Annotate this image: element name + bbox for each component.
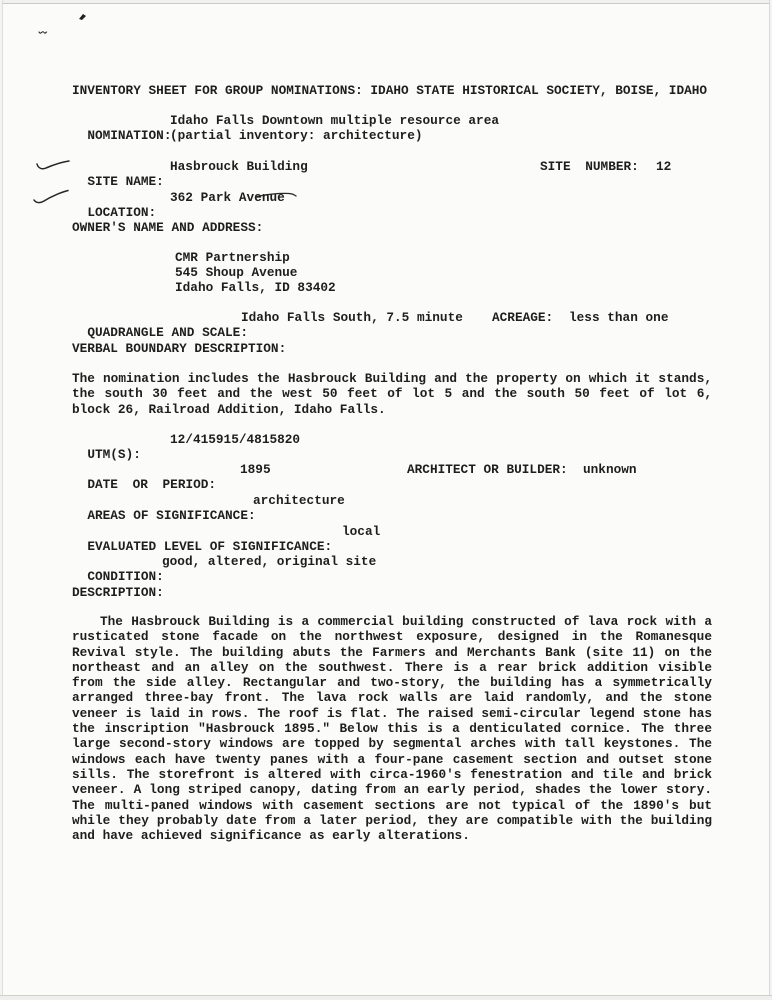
owner-line: Idaho Falls, ID 83402: [175, 280, 336, 295]
field-nomination: NOMINATION: Idaho Falls Downtown multipl…: [72, 113, 171, 159]
ink-speck-icon: [38, 29, 48, 36]
condition-label: CONDITION:: [87, 569, 164, 584]
owner-line: 545 Shoup Avenue: [175, 265, 297, 280]
architect-label: ARCHITECT OR BUILDER:: [407, 462, 568, 477]
verbal-boundary-text: The nomination includes the Hasbrouck Bu…: [72, 371, 712, 417]
handwritten-check-icon: [32, 188, 70, 205]
acreage-label: ACREAGE:: [492, 310, 553, 325]
quadrangle-value: Idaho Falls South, 7.5 minute: [241, 310, 463, 325]
evaluated-level-value: local: [342, 524, 380, 539]
nomination-label: NOMINATION:: [87, 128, 171, 143]
areas-of-significance-label: AREAS OF SIGNIFICANCE:: [87, 508, 255, 523]
owner-line: CMR Partnership: [175, 250, 290, 265]
scan-edge-left: [0, 0, 3, 1000]
evaluated-level-label: EVALUATED LEVEL OF SIGNIFICANCE:: [87, 539, 332, 554]
architect-value: unknown: [583, 462, 637, 477]
description-text: The Hasbrouck Building is a commercial b…: [72, 614, 712, 843]
site-number-label: SITE NUMBER:: [540, 159, 639, 174]
strike-mark-icon: [255, 190, 297, 200]
handwritten-check-icon: [35, 157, 71, 173]
document-header: INVENTORY SHEET FOR GROUP NOMINATIONS: I…: [72, 83, 707, 98]
condition-value: good, altered, original site: [162, 554, 376, 569]
date-or-period-label: DATE OR PERIOD:: [87, 477, 216, 492]
scan-edge-top: [0, 0, 772, 4]
site-name-label: SITE NAME:: [87, 174, 164, 189]
location-label: LOCATION:: [87, 205, 156, 220]
ink-speck-icon: [77, 13, 87, 22]
description-label: DESCRIPTION:: [72, 585, 164, 600]
scan-edge-bottom: [0, 995, 772, 1000]
areas-of-significance-value: architecture: [253, 493, 345, 508]
quadrangle-label: QUADRANGLE AND SCALE:: [87, 325, 248, 340]
nomination-value: Idaho Falls Downtown multiple resource a…: [170, 113, 499, 128]
acreage-value: less than one: [569, 310, 668, 325]
nomination-value-line2: (partial inventory: architecture): [170, 128, 423, 143]
site-name-value: Hasbrouck Building: [170, 159, 308, 174]
utm-label: UTM(S):: [87, 447, 141, 462]
site-number-value: 12: [656, 159, 671, 174]
date-or-period-value: 1895: [240, 462, 271, 477]
utm-value: 12/415915/4815820: [170, 432, 300, 447]
scanned-inventory-sheet: { "document": { "header": "INVENTORY SHE…: [0, 0, 772, 1000]
owner-label: OWNER'S NAME AND ADDRESS:: [72, 220, 263, 235]
verbal-boundary-label: VERBAL BOUNDARY DESCRIPTION:: [72, 341, 286, 356]
